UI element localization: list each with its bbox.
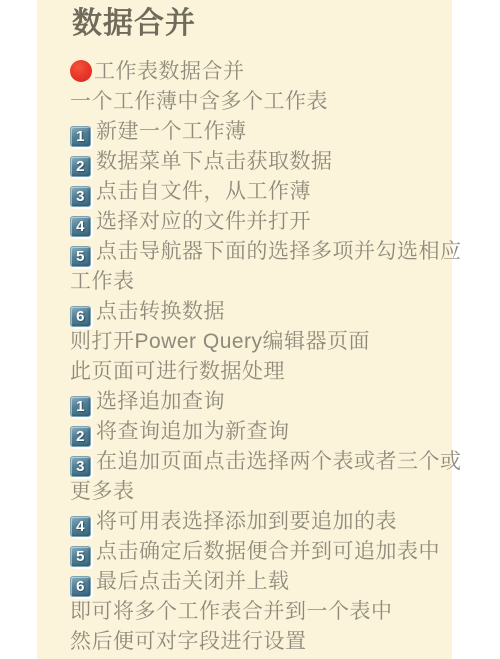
line-text: 此页面可进行数据处理	[70, 360, 285, 383]
line-text: 然后便可对字段进行设置	[70, 630, 307, 653]
step-line: 5点击导航器下面的选择多项并勾选相应工作表	[70, 237, 462, 297]
step-number-badge: 1	[70, 396, 91, 417]
step-number-badge: 2	[70, 426, 91, 447]
line-text: 选择对应的文件并打开	[96, 210, 311, 233]
step-line: 4将可用表选择添加到要追加的表	[70, 507, 462, 537]
text-line: 则打开Power Query编辑器页面	[70, 327, 462, 357]
step-line: 5点击确定后数据便合并到可追加表中	[70, 537, 462, 567]
line-text: 工作表数据合并	[94, 60, 245, 83]
line-text: 点击确定后数据便合并到可追加表中	[96, 540, 440, 563]
step-number-badge: 5	[70, 546, 91, 567]
step-line: 1选择追加查询	[70, 387, 462, 417]
line-text: 将可用表选择添加到要追加的表	[96, 510, 397, 533]
step-number-badge: 4	[70, 216, 91, 237]
line-text: 将查询追加为新查询	[96, 420, 290, 443]
content-panel: 数据合并 工作表数据合并一个工作薄中含多个工作表1新建一个工作薄2数据菜单下点击…	[37, 0, 452, 659]
step-line: 6最后点击关闭并上载	[70, 567, 462, 597]
step-number-badge: 6	[70, 576, 91, 597]
step-number-badge: 4	[70, 516, 91, 537]
line-text: 新建一个工作薄	[96, 120, 247, 143]
page-title: 数据合并	[72, 2, 196, 46]
step-number-badge: 3	[70, 186, 91, 207]
step-line: 3在追加页面点击选择两个表或者三个或更多表	[70, 447, 462, 507]
text-line: 即可将多个工作表合并到一个表中	[70, 597, 462, 627]
line-text: 最后点击关闭并上载	[96, 570, 290, 593]
text-line: 一个工作薄中含多个工作表	[70, 87, 462, 117]
line-text: 一个工作薄中含多个工作表	[70, 90, 328, 113]
step-line: 4选择对应的文件并打开	[70, 207, 462, 237]
line-text: 选择追加查询	[96, 390, 225, 413]
line-text: 点击导航器下面的选择多项并勾选相应工作表	[70, 240, 462, 293]
text-line: 此页面可进行数据处理	[70, 357, 462, 387]
line-text: 点击自文件，从工作薄	[96, 180, 311, 203]
text-line: 然后便可对字段进行设置	[70, 627, 462, 657]
step-number-badge: 6	[70, 306, 91, 327]
step-number-badge: 2	[70, 156, 91, 177]
red-circle-bullet-icon	[70, 60, 92, 82]
content-lines: 工作表数据合并一个工作薄中含多个工作表1新建一个工作薄2数据菜单下点击获取数据3…	[70, 57, 462, 657]
line-text: 即可将多个工作表合并到一个表中	[70, 600, 393, 623]
step-number-badge: 1	[70, 126, 91, 147]
step-line: 2数据菜单下点击获取数据	[70, 147, 462, 177]
line-text: 数据菜单下点击获取数据	[96, 150, 333, 173]
bullet-line: 工作表数据合并	[70, 57, 462, 87]
step-line: 3点击自文件，从工作薄	[70, 177, 462, 207]
step-line: 6点击转换数据	[70, 297, 462, 327]
step-line: 2将查询追加为新查询	[70, 417, 462, 447]
line-text: 在追加页面点击选择两个表或者三个或更多表	[70, 450, 462, 503]
step-number-badge: 3	[70, 456, 91, 477]
line-text: 则打开Power Query编辑器页面	[70, 330, 370, 353]
line-text: 点击转换数据	[96, 300, 225, 323]
step-number-badge: 5	[70, 246, 91, 267]
step-line: 1新建一个工作薄	[70, 117, 462, 147]
